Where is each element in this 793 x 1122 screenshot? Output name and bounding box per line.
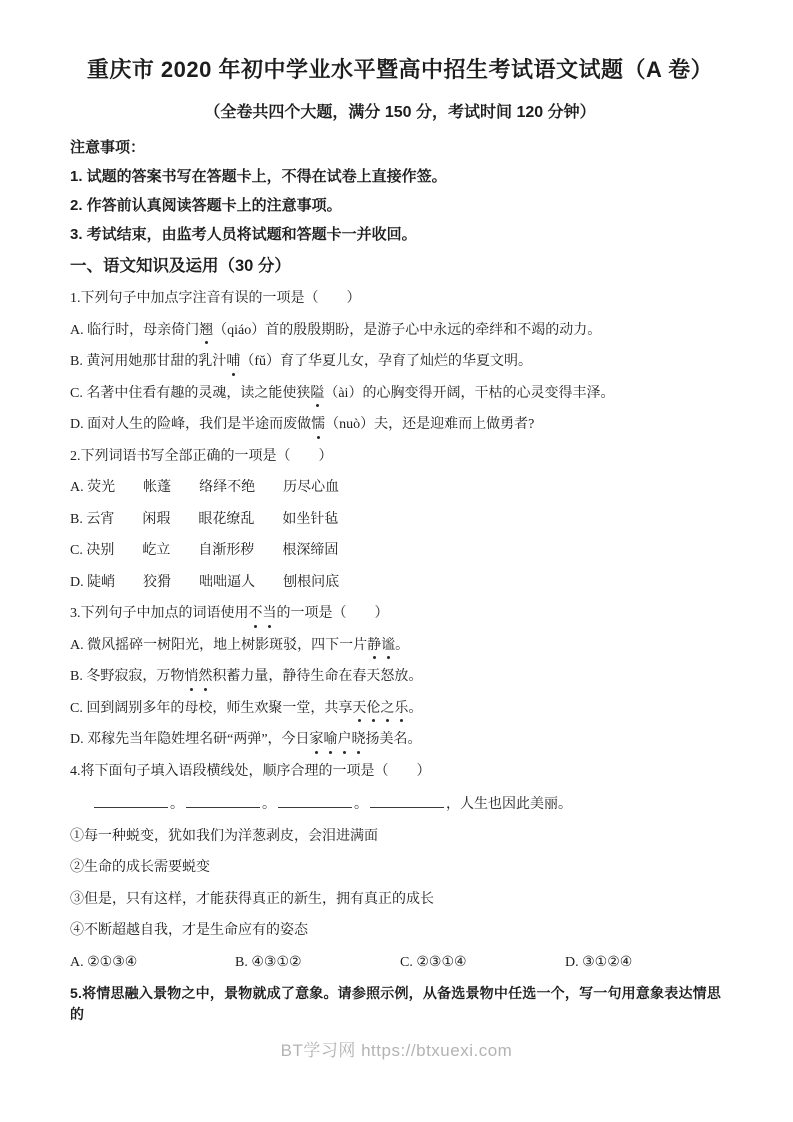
q1-option-c: C. 名著中住看有趣的灵魂，读之能使狭隘（ài）的心胸变得开阔，干枯的心灵变得丰… <box>70 383 730 404</box>
q2-option-a: A. 荧光 帐蓬 络绎不绝 历尽心血 <box>70 477 730 498</box>
emphasized-char: 伦 <box>366 698 380 719</box>
blank-underline <box>186 792 260 808</box>
watermark-footer: BT学习网 https://btxuexi.com <box>0 1036 793 1061</box>
notice-item-1: 1. 试题的答案书写在答题卡上，不得在试卷上直接作签。 <box>70 166 730 188</box>
q4-blanks-line: 。。。，人生也因此美丽。 <box>70 792 730 815</box>
watermark-text: BT学习网 https://btxuexi.com <box>281 1041 513 1060</box>
q1-stem: 1.下列句子中加点字注音有误的一项是（ ） <box>70 288 730 309</box>
emphasized-char: 天 <box>352 698 366 719</box>
exam-page: 重庆市 2020 年初中学业水平暨高中招生考试语文试题（A 卷）（全卷共四个大题… <box>0 0 793 1122</box>
q4-sentence-3: ③但是，只有这样，才能获得真正的新生，拥有真正的成长 <box>70 889 730 910</box>
emphasized-char: 不 <box>249 603 263 624</box>
emphasized-char: 喻 <box>324 729 338 750</box>
q4-sentence-1: ①每一种蜕变，犹如我们为洋葱剥皮，会泪进满面 <box>70 826 730 847</box>
emphasized-char: 哺 <box>226 351 240 372</box>
emphasized-char: 翘 <box>199 320 213 341</box>
exam-subtitle: （全卷共四个大题，满分 150 分，考试时间 120 分钟） <box>70 101 730 125</box>
emphasized-char: 家 <box>310 729 324 750</box>
notice-heading: 注意事项： <box>70 137 730 159</box>
q2-option-d: D. 陡峭 狡猾 咄咄逼人 刨根问底 <box>70 572 730 593</box>
q4-sentence-2: ②生命的成长需要蜕变 <box>70 857 730 878</box>
notice-item-2: 2. 作答前认真阅读答题卡上的注意事项。 <box>70 195 730 217</box>
q4-choices-row-item-1: A. ②①③④ <box>70 952 235 973</box>
q3-stem: 3.下列句子中加点的词语使用不当的一项是（ ） <box>70 603 730 624</box>
q3-option-b: B. 冬野寂寂，万物悄然积蓄力量，静待生命在春天怒放。 <box>70 666 730 687</box>
q2-stem: 2.下列词语书写全部正确的一项是（ ） <box>70 446 730 467</box>
q3-option-d: D. 邓稼先当年隐姓埋名研“两弹”，今日家喻户晓扬美名。 <box>70 729 730 750</box>
emphasized-char: 隘 <box>310 383 324 404</box>
q1-option-b: B. 黄河用她那甘甜的乳汁哺（fǔ）育了华夏儿女，孕育了灿烂的华夏文明。 <box>70 351 730 372</box>
emphasized-char: 当 <box>263 603 277 624</box>
emphasized-char: 乐 <box>394 698 408 719</box>
q4-choices-row-item-3: C. ②③①④ <box>400 952 565 973</box>
q4-choices-row-item-4: D. ③①②④ <box>565 952 730 973</box>
emphasized-char: 之 <box>380 698 394 719</box>
blank-underline <box>370 792 444 808</box>
exam-title: 重庆市 2020 年初中学业水平暨高中招生考试语文试题（A 卷） <box>70 55 730 85</box>
document-body: 重庆市 2020 年初中学业水平暨高中招生考试语文试题（A 卷）（全卷共四个大题… <box>70 55 730 1025</box>
q3-option-a: A. 微风摇碎一树阳光，地上树影斑驳，四下一片静谧。 <box>70 635 730 656</box>
emphasized-char: 静 <box>367 635 381 656</box>
section-1-heading: 一、语文知识及运用（30 分） <box>70 254 730 278</box>
q1-option-a: A. 临行时，母亲倚门翘（qiáo）首的殷殷期盼，是游子心中永远的牵绊和不竭的动… <box>70 320 730 341</box>
q4-stem: 4.将下面句子填入语段横线处，顺序合理的一项是（ ） <box>70 761 730 782</box>
blank-underline <box>278 792 352 808</box>
emphasized-char: 懦 <box>311 414 325 435</box>
q5-stem: 5.将情思融入景物之中，景物就成了意象。请参照示例，从备选景物中任选一个，写一句… <box>70 983 730 1025</box>
emphasized-char: 谧 <box>381 635 395 656</box>
emphasized-char: 然 <box>198 666 212 687</box>
emphasized-char: 户 <box>338 729 352 750</box>
q4-sentence-4: ④不断超越自我，才是生命应有的姿态 <box>70 920 730 941</box>
notice-item-3: 3. 考试结束，由监考人员将试题和答题卡一并收回。 <box>70 224 730 246</box>
q2-option-b: B. 云宵 闲瑕 眼花缭乱 如坐针毡 <box>70 509 730 530</box>
q1-option-d: D. 面对人生的险峰，我们是半途而废做懦（nuò）夫，还是迎难而上做勇者? <box>70 414 730 435</box>
q4-choices-row-item-2: B. ④③①② <box>235 952 400 973</box>
q3-option-c: C. 回到阔别多年的母校，师生欢聚一堂，共享天伦之乐。 <box>70 698 730 719</box>
q4-choices-row: A. ②①③④B. ④③①②C. ②③①④D. ③①②④ <box>70 952 730 973</box>
emphasized-char: 晓 <box>352 729 366 750</box>
blank-underline <box>94 792 168 808</box>
q2-option-c: C. 决别 屹立 自渐形秽 根深缔固 <box>70 540 730 561</box>
emphasized-char: 悄 <box>184 666 198 687</box>
